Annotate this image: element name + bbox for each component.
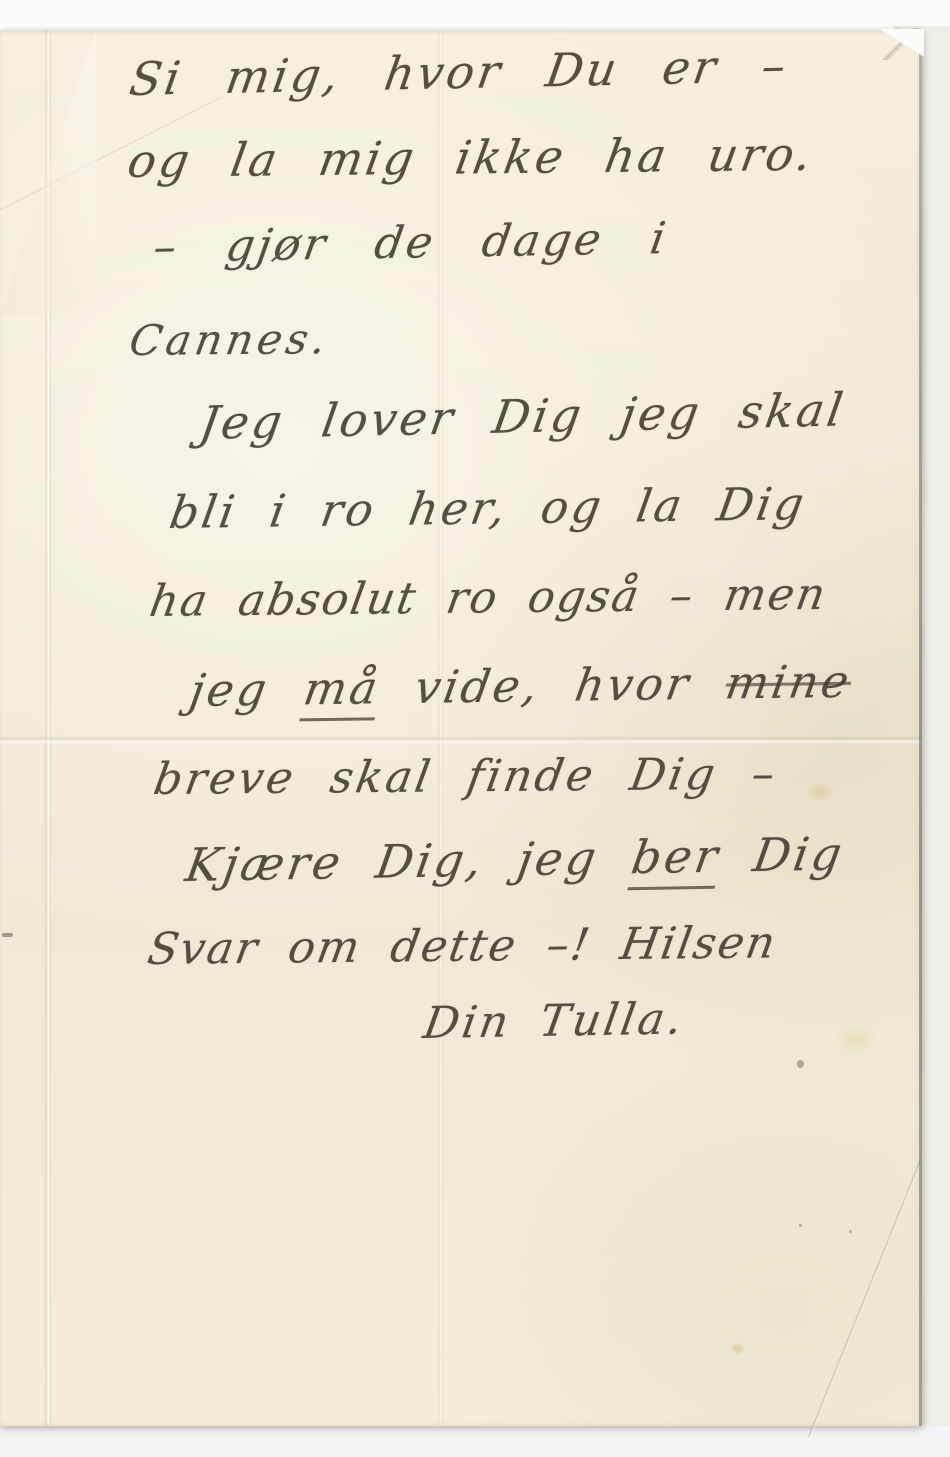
handwritten-word: i [266,484,292,537]
paper-right-edge [919,30,922,1426]
handwritten-word: skal [326,752,436,804]
handwriting-line: og la mig ikke ha uro. [124,127,818,188]
handwritten-word: ro [317,483,380,537]
handwritten-word: jeg [617,386,706,442]
handwritten-word: Dig [713,477,810,531]
handwritten-word: Dig [750,827,849,883]
handwriting-line: jeg må vide, hvor mine [186,655,856,717]
handwritten-word: også [524,571,644,623]
handwritten-word: Dig [489,388,588,444]
handwritten-word: Tulla. [536,993,689,1047]
handwritten-word: Kjære [182,835,347,892]
handwritten-word: absolut [235,573,421,626]
handwritten-word: – [758,38,792,93]
handwritten-word: i [647,213,672,264]
handwriting-layer: Si mig, hvor Du er –og la mig ikke ha ur… [0,30,922,1426]
backdrop-bottom-band [0,1424,950,1457]
handwriting-line: – gjør de dage i [150,213,672,273]
handwritten-word: Si [126,51,187,106]
handwritten-word: skal [735,383,849,439]
handwritten-word: hvor [381,44,507,100]
handwritten-word: uro. [704,127,818,182]
handwritten-word: er [659,40,723,95]
handwritten-word: Svar [144,923,263,975]
handwritten-word: ikke [452,129,571,184]
handwritten-word: Dig [626,749,721,801]
handwritten-word: Din [420,996,515,1049]
handwritten-word: hvor [571,657,695,712]
handwritten-word: de [371,217,439,269]
handwritten-word: men [720,569,831,621]
handwritten-word: Dig, [372,833,489,889]
handwriting-line: Jeg lover Dig jeg skal [196,383,849,450]
handwriting-line: breve skal finde Dig – [150,749,782,805]
handwritten-word: gjør [222,219,332,272]
handwritten-word: mig [315,131,421,186]
handwritten-word: jeg [186,663,273,717]
handwritten-word: la [227,132,284,187]
handwritten-word: ha [146,575,213,627]
handwriting-line: Cannes. [126,314,334,365]
handwritten-word: og [537,480,608,534]
handwritten-word: –! [543,919,595,970]
handwritten-word: og [124,133,196,188]
handwritten-word: – [748,749,782,800]
handwritten-word: Jeg [196,394,289,450]
handwriting-line: Svar om dette –! Hilsen [144,917,781,975]
handwriting-line: Kjære Dig, jeg ber Dig [182,827,848,892]
letter-page: Si mig, hvor Du er –og la mig ikke ha ur… [0,30,922,1426]
scanned-letter-photo: Si mig, hvor Du er –og la mig ikke ha ur… [0,0,950,1457]
handwritten-word: om [285,922,366,974]
handwriting-line: Si mig, hvor Du er – [126,38,792,106]
handwritten-word: ro [443,572,503,624]
handwritten-word: Du [542,42,623,98]
handwritten-word: finde [463,750,600,802]
handwritten-word: dette [387,920,521,972]
handwritten-word: lover [318,391,459,448]
handwritten-word: jeg [514,831,603,886]
handwritten-word: – [666,570,699,621]
handwritten-word: mig, [222,48,345,104]
handwritten-word: Hilsen [617,917,781,970]
handwritten-word: – [150,222,183,273]
handwritten-word: breve [150,753,300,805]
handwritten-word: Cannes. [126,314,334,365]
handwritten-word: ber [627,829,724,891]
handwritten-word: ha [601,128,673,183]
handwriting-line: ha absolut ro også – men [146,569,831,627]
handwritten-word: mine [722,655,856,710]
signature-line: Din Tulla. [420,993,689,1049]
handwritten-word: må [299,661,384,721]
handwritten-word: la [633,479,689,533]
handwritten-word: dage [479,214,608,267]
handwriting-line: bli i ro her, og la Dig [166,477,810,539]
handwritten-word: bli [166,485,241,539]
handwritten-word: vide, [411,659,544,714]
handwritten-word: her, [405,481,512,535]
